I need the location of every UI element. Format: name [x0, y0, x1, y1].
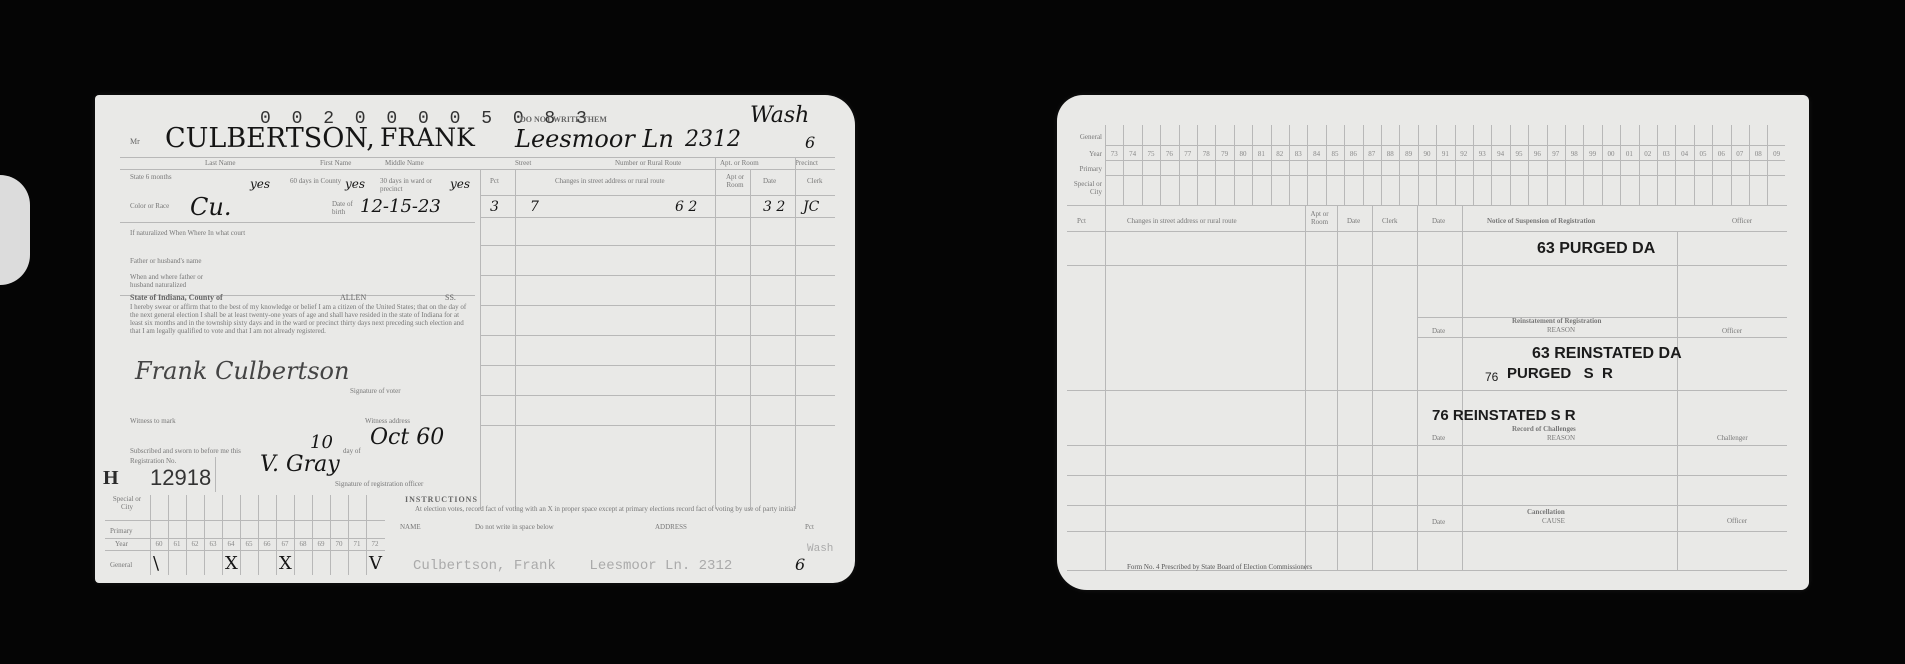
back-year-cell: 78 [1197, 150, 1215, 158]
challenges-date-label: Date [1432, 434, 1445, 442]
back-year-cell: 01 [1620, 150, 1638, 158]
oath-heading: State of Indiana, County of [130, 293, 223, 302]
back-year-cell: 79 [1215, 150, 1233, 158]
back-row-primary: Primary [1062, 165, 1102, 173]
front-year-cell: 62 [186, 540, 204, 548]
back-year-cell: 91 [1436, 150, 1454, 158]
general-vote-mark: V [369, 553, 382, 574]
typed-name-address: Culbertson, Frank Leesmoor Ln. 2312 [413, 558, 732, 574]
front-year-cell: 71 [348, 540, 366, 548]
back-year-cell: 94 [1491, 150, 1509, 158]
back-year-cell: 96 [1528, 150, 1546, 158]
back-year-cell: 93 [1473, 150, 1491, 158]
label-subscribed: Subscribed and sworn to before me this [130, 447, 241, 455]
back-label-suspension: Notice of Suspension of Registration [1487, 217, 1595, 225]
reinstatement-date-label: Date [1432, 327, 1445, 335]
back-year-cell: 02 [1639, 150, 1657, 158]
house-number: 2312 [685, 127, 741, 152]
instructions-text: At election votes, record fact of voting… [415, 505, 825, 513]
back-year-cell: 99 [1583, 150, 1601, 158]
change-address: 7 [530, 199, 539, 215]
back-row-general: General [1062, 133, 1102, 141]
label-signature: Signature of voter [350, 387, 401, 395]
label-naturalized: If naturalized When Where In what court [130, 229, 245, 237]
back-year-cell: 75 [1142, 150, 1160, 158]
front-year-cell: 69 [312, 540, 330, 548]
reinstatement-officer-label: Officer [1722, 327, 1742, 335]
stamp-purged-76: PURGED S R [1507, 365, 1613, 382]
front-year-cell: 70 [330, 540, 348, 548]
back-year-cell: 95 [1510, 150, 1528, 158]
label-witness: Witness to mark [130, 417, 176, 425]
cancellation-cause-label: CAUSE [1542, 517, 1565, 525]
month-year: Oct 60 [370, 425, 444, 450]
reinstatement-title: Reinstatement of Registration [1512, 317, 1601, 325]
voter-signature: Frank Culbertson [135, 357, 349, 385]
stamp-reinstated-76: 76 REINSTATED S R [1432, 407, 1576, 424]
label-footer-pct: Pct [805, 523, 814, 531]
back-year-cell: 09 [1767, 150, 1785, 158]
registration-card-front: 0 0 2 0 0 0 0 5 0 8 3 DO NOT WRITE THEM … [95, 95, 855, 583]
label-last-name: Last Name [205, 159, 236, 167]
label-number: Number or Rural Route [615, 159, 681, 167]
label-apt: Apt. or Room [720, 159, 759, 167]
last-name: CULBERTSON, [165, 123, 375, 154]
back-year-cell: 92 [1455, 150, 1473, 158]
registration-number: 12918 [150, 465, 211, 491]
change-date: 3 2 [763, 199, 785, 215]
ss: SS. [445, 293, 456, 302]
back-year-cell: 08 [1749, 150, 1767, 158]
back-year-cell: 84 [1307, 150, 1325, 158]
back-year-cell: 82 [1271, 150, 1289, 158]
label-where-when: When and where father or husband natural… [130, 273, 220, 289]
reg-prefix: H [103, 467, 119, 490]
form-note: Form No. 4 Prescribed by State Board of … [1127, 563, 1312, 571]
back-year-cell: 81 [1252, 150, 1270, 158]
grid-row-primary: Primary [110, 527, 133, 535]
cancellation-title: Cancellation [1527, 508, 1565, 516]
grid-row-special: Special or City [107, 495, 147, 511]
label-first-name: First Name [320, 159, 351, 167]
back-year-cell: 97 [1547, 150, 1565, 158]
front-year-cell: 68 [294, 540, 312, 548]
answer-county: yes [345, 177, 365, 191]
front-year-cell: 67 [276, 540, 294, 548]
date-of-birth: 12-15-23 [360, 196, 441, 217]
back-year-cell: 04 [1675, 150, 1693, 158]
typed-precinct: 6 [795, 555, 805, 574]
back-year-cell: 06 [1712, 150, 1730, 158]
label-registrar: Signature of registration officer [335, 480, 423, 488]
back-year-cell: 88 [1381, 150, 1399, 158]
answer-ward: yes [450, 177, 470, 191]
challenges-reason-label: REASON [1547, 434, 1575, 442]
label-witness-address: Witness address [365, 417, 410, 425]
registrar-signature: V. Gray [260, 452, 340, 477]
back-row-special: Special or City [1062, 180, 1102, 196]
general-vote-mark: X [225, 553, 238, 574]
label-reg-no: Registration No. [130, 457, 176, 465]
label-street: Street [515, 159, 531, 167]
label-state-residence: State 6 months [130, 173, 210, 181]
back-label-date2: Date [1432, 217, 1445, 225]
label-changes: Changes in street address or rural route [555, 177, 665, 185]
back-year-cell: 76 [1160, 150, 1178, 158]
label-date: Date [763, 177, 776, 185]
adjacent-card-edge [0, 175, 30, 285]
back-label-date: Date [1347, 217, 1360, 225]
label-dob: Date of birth [332, 200, 362, 216]
back-row-year: Year [1062, 150, 1102, 158]
back-label-pct: Pct [1077, 217, 1086, 225]
front-year-cell: 60 [150, 540, 168, 548]
cancellation-date-label: Date [1432, 518, 1445, 526]
label-middle-name: Middle Name [385, 159, 424, 167]
stamp-purged-63: 63 PURGED DA [1537, 240, 1655, 258]
back-year-cell: 98 [1565, 150, 1583, 158]
cancellation-officer-label: Officer [1727, 517, 1747, 525]
back-year-cell: 77 [1179, 150, 1197, 158]
first-name: FRANK [380, 123, 475, 152]
instructions-title: INSTRUCTIONS [405, 495, 478, 504]
front-year-cell: 66 [258, 540, 276, 548]
back-year-cell: 83 [1289, 150, 1307, 158]
label-name: NAME [400, 523, 421, 531]
change-clerk: JC [803, 199, 819, 215]
label-color: Color or Race [130, 202, 169, 210]
label-precinct: Precinct [795, 159, 818, 167]
label-father: Father or husband's name [130, 257, 201, 265]
general-vote-mark: \ [153, 553, 159, 574]
back-year-cell: 90 [1418, 150, 1436, 158]
change-pct: 3 [490, 199, 499, 215]
prefix: Mr [130, 137, 140, 146]
color-value: Cu. [190, 193, 231, 221]
label-day: day of [343, 447, 361, 455]
precinct: 6 [805, 133, 815, 152]
back-year-cell: 03 [1657, 150, 1675, 158]
back-year-cell: 87 [1363, 150, 1381, 158]
general-vote-mark: X [279, 553, 292, 574]
change-apt: 6 2 [675, 199, 697, 215]
back-year-cell: 85 [1326, 150, 1344, 158]
label-pct: Pct [490, 177, 499, 185]
challenges-title: Record of Challenges [1512, 425, 1576, 433]
label-ward-days: 30 days in ward or precinct [380, 177, 455, 193]
back-year-cell: 74 [1123, 150, 1141, 158]
label-address: ADDRESS [655, 523, 687, 531]
label-apt-room: Apt or Room [720, 173, 750, 189]
registration-card-back: General Year Primary Special or City 737… [1057, 95, 1809, 590]
grid-row-general: General [110, 561, 132, 569]
front-year-cell: 72 [366, 540, 384, 548]
back-year-cell: 80 [1234, 150, 1252, 158]
front-year-cell: 65 [240, 540, 258, 548]
ward-handwritten: Wash [750, 103, 809, 128]
back-year-cell: 05 [1694, 150, 1712, 158]
stamp-reinstated-63: 63 REINSTATED DA [1532, 345, 1682, 363]
grid-row-year: Year [115, 540, 128, 548]
county-value: ALLEN [340, 293, 366, 302]
back-label-changes: Changes in street address or rural route [1127, 217, 1237, 225]
day-value: 10 [310, 432, 333, 453]
front-year-cell: 61 [168, 540, 186, 548]
label-do-not-write: Do not write in space below [475, 523, 554, 531]
back-label-apt: Apt or Room [1307, 210, 1332, 226]
challenger-label: Challenger [1717, 434, 1748, 442]
back-year-cell: 07 [1731, 150, 1749, 158]
street: Leesmoor Ln [515, 125, 674, 153]
back-year-cell: 86 [1344, 150, 1362, 158]
reinstatement-reason-label: REASON [1547, 326, 1575, 334]
back-year-cell: 89 [1399, 150, 1417, 158]
header-note: DO NOT WRITE THEM [520, 115, 607, 124]
label-county-days: 60 days in County [290, 177, 350, 185]
typed-ward: Wash [807, 543, 833, 555]
back-label-clerk: Clerk [1382, 217, 1398, 225]
front-year-cell: 63 [204, 540, 222, 548]
purged-number: 76 [1485, 370, 1498, 384]
back-year-cell: 00 [1602, 150, 1620, 158]
answer-state: yes [250, 177, 270, 191]
front-year-cell: 64 [222, 540, 240, 548]
back-label-officer: Officer [1732, 217, 1752, 225]
back-year-cell: 73 [1105, 150, 1123, 158]
oath-text: I hereby swear or affirm that to the bes… [130, 303, 470, 335]
label-clerk: Clerk [807, 177, 823, 185]
